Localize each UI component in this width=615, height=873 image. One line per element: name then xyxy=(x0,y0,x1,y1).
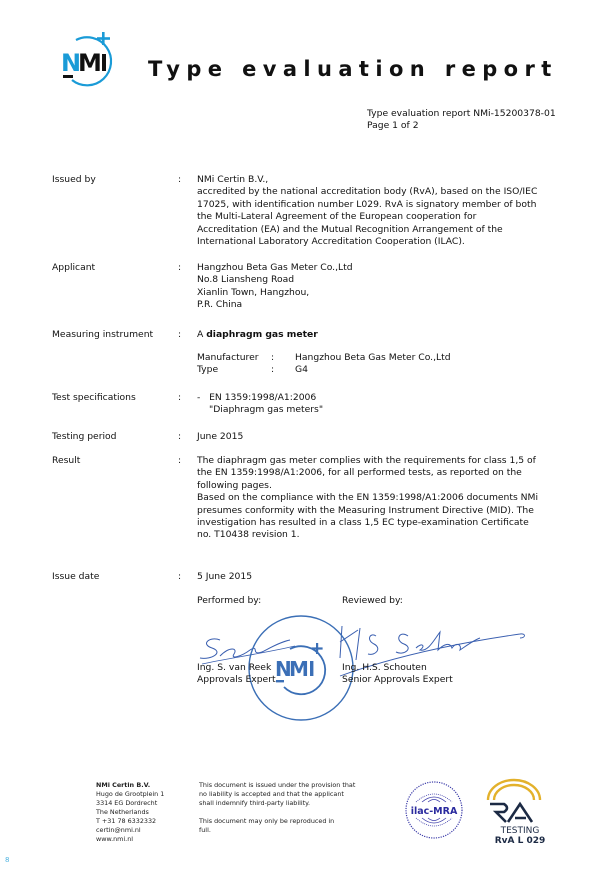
issued-by-value: NMi Certin B.V., accredited by the natio… xyxy=(197,174,615,248)
rva-icon: TESTING RvA L 029 xyxy=(482,778,546,844)
ilac-mra-icon: ilac-MRA xyxy=(402,778,466,842)
reviewed-by-label: Reviewed by: xyxy=(342,595,403,607)
result-line: Based on the compliance with the EN 1359… xyxy=(197,492,615,504)
nmi-logo: N M xyxy=(58,28,122,92)
issued-by-line: the Multi-Lateral Agreement of the Europ… xyxy=(197,211,615,223)
address-line: Hugo de Grootplein 1 xyxy=(96,790,164,799)
reviewer-block: Ing. H.S. Schouten Senior Approvals Expe… xyxy=(342,662,453,687)
testing-period-value: June 2015 xyxy=(197,431,615,443)
margin-mark: 8 xyxy=(5,856,9,864)
result-label: Result xyxy=(52,455,172,467)
bullet: - xyxy=(197,392,200,403)
rva-testing-logo: TESTING RvA L 029 xyxy=(482,778,546,844)
test-specifications-value: - EN 1359:1998/A1:2006 "Diaphragm gas me… xyxy=(197,392,615,417)
phone: T +31 78 6332332 xyxy=(96,817,164,826)
issue-date-label: Issue date xyxy=(52,571,172,583)
ilac-mra-logo: ilac-MRA xyxy=(402,778,466,842)
result-line: presumes conformity with the Measuring I… xyxy=(197,505,615,517)
website-link[interactable]: www.nmi.nl xyxy=(96,835,164,844)
reviewer-role: Senior Approvals Expert xyxy=(342,674,453,686)
report-title: Type evaluation report xyxy=(148,57,558,81)
applicant-value: Hangzhou Beta Gas Meter Co.,Ltd No.8 Lia… xyxy=(197,262,615,312)
manufacturer-value: Hangzhou Beta Gas Meter Co.,Ltd xyxy=(295,352,451,364)
ilac-text: ilac-MRA xyxy=(411,806,458,817)
test-specifications-label: Test specifications xyxy=(52,392,172,404)
disclaimer-line: shall indemnify third-party liability. xyxy=(199,799,355,808)
issued-by-line: International Laboratory Accreditation C… xyxy=(197,236,615,248)
svg-text:M: M xyxy=(289,657,309,681)
colon: : xyxy=(178,329,181,341)
performer-role: Approvals Expert xyxy=(197,674,276,686)
result-line: no. T10438 revision 1. xyxy=(197,529,615,541)
svg-text:M: M xyxy=(78,49,102,77)
reviewer-name: Ing. H.S. Schouten xyxy=(342,662,453,674)
issued-by-label: Issued by xyxy=(52,174,172,186)
result-value: The diaphragm gas meter complies with th… xyxy=(197,455,615,542)
footer-address: NMi Certin B.V. Hugo de Grootplein 1 331… xyxy=(96,781,164,844)
reproduction-line: This document may only be reproduced in xyxy=(199,817,355,826)
colon: : xyxy=(178,262,181,274)
report-reference: Type evaluation report NMi-15200378-01 P… xyxy=(367,108,556,132)
applicant-line: No.8 Liansheng Road xyxy=(197,274,615,286)
measuring-instrument-label: Measuring instrument xyxy=(52,329,172,341)
nmi-logo-icon: N M xyxy=(58,28,122,92)
applicant-line: P.R. China xyxy=(197,299,615,311)
rva-testing-text: TESTING xyxy=(500,826,540,836)
issue-date-value: 5 June 2015 xyxy=(197,571,615,583)
applicant-line: Hangzhou Beta Gas Meter Co.,Ltd xyxy=(197,262,615,274)
page-indicator: Page 1 of 2 xyxy=(367,120,556,132)
performed-by-label: Performed by: xyxy=(197,595,261,607)
issued-by-line: 17025, with identification number L029. … xyxy=(197,199,615,211)
issued-by-line: Accreditation (EA) and the Mutual Recogn… xyxy=(197,224,615,236)
applicant-label: Applicant xyxy=(52,262,172,274)
measuring-instrument-value: A diaphragm gas meter xyxy=(197,329,615,341)
colon: : xyxy=(178,571,181,583)
result-line: the EN 1359:1998/A1:2006, for all perfor… xyxy=(197,467,615,479)
type-label: Type xyxy=(197,364,218,376)
disclaimer-line: no liability is accepted and that the ap… xyxy=(199,790,355,799)
performer-block: Ing. S. van Reek Approvals Expert xyxy=(197,662,276,687)
rva-number-text: RvA L 029 xyxy=(495,836,546,844)
manufacturer-label: Manufacturer xyxy=(197,352,259,364)
standard-code: EN 1359:1998/A1:2006 xyxy=(209,392,316,403)
result-line: investigation has resulted in a class 1,… xyxy=(197,517,615,529)
footer-disclaimer: This document is issued under the provis… xyxy=(199,781,355,835)
result-line: The diaphragm gas meter complies with th… xyxy=(197,455,615,467)
address-line: 3314 EG Dordrecht xyxy=(96,799,164,808)
email-link[interactable]: certin@nmi.nl xyxy=(96,826,164,835)
report-number: Type evaluation report NMi-15200378-01 xyxy=(367,108,556,120)
colon: : xyxy=(271,364,274,376)
issued-by-line: accredited by the national accreditation… xyxy=(197,186,615,198)
colon: : xyxy=(178,392,181,404)
instrument-name: diaphragm gas meter xyxy=(206,329,318,340)
type-value: G4 xyxy=(295,364,308,376)
colon: : xyxy=(271,352,274,364)
disclaimer-line: This document is issued under the provis… xyxy=(199,781,355,790)
instrument-prefix: A xyxy=(197,329,203,340)
footer-company: NMi Certin B.V. xyxy=(96,781,164,790)
colon: : xyxy=(178,455,181,467)
testing-period-label: Testing period xyxy=(52,431,172,443)
reproduction-line: full. xyxy=(199,826,355,835)
result-line: following pages. xyxy=(197,480,615,492)
issued-by-line: NMi Certin B.V., xyxy=(197,174,615,186)
applicant-line: Xianlin Town, Hangzhou, xyxy=(197,287,615,299)
colon: : xyxy=(178,174,181,186)
colon: : xyxy=(178,431,181,443)
address-line: The Netherlands xyxy=(96,808,164,817)
performer-name: Ing. S. van Reek xyxy=(197,662,276,674)
standard-description: "Diaphragm gas meters" xyxy=(197,404,615,416)
